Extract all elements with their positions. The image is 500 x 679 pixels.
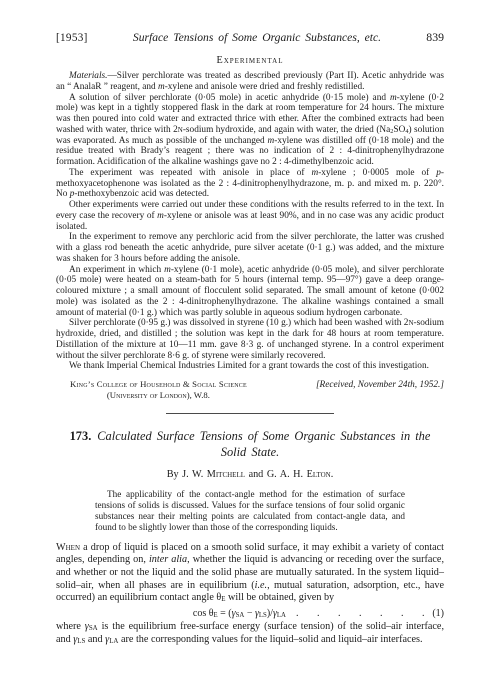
acknowledgment-paragraph: We thank Imperial Chemical Industries Li… xyxy=(56,361,444,372)
article-continuation-paragraph: where γSA is the equilibrium free-surfac… xyxy=(56,621,444,646)
experimental-paragraph-styrene: Silver perchlorate (0·95 g.) was dissolv… xyxy=(56,318,444,361)
equation-number: (1) xyxy=(432,607,444,620)
experimental-section: Experimental Materials.—Silver perchlora… xyxy=(56,55,444,372)
equation-dot-leaders: . . . . . . . . . . xyxy=(286,607,432,620)
experimental-paragraph-materials: Materials.—Silver perchlorate was treate… xyxy=(56,71,444,93)
experimental-heading: Experimental xyxy=(56,55,444,66)
article-abstract: The applicability of the contact-angle m… xyxy=(95,489,405,533)
journal-page: [1953] Surface Tensions of Some Organic … xyxy=(0,0,500,679)
article-number: 173. xyxy=(70,429,92,443)
experimental-paragraph-other: Other experiments were carried out under… xyxy=(56,200,444,232)
experimental-paragraph-perchloric: In the experiment to remove any perchlor… xyxy=(56,232,444,264)
experimental-paragraph-solution: A solution of silver perchlorate (0·05 m… xyxy=(56,93,444,168)
header-year: [1953] xyxy=(56,32,88,44)
header-running-title: Surface Tensions of Some Organic Substan… xyxy=(133,31,381,44)
article-section: 173.Calculated Surface Tensions of Some … xyxy=(56,429,444,646)
experimental-paragraph-anisole: The experiment was repeated with anisole… xyxy=(56,168,444,200)
institution-block: King’s College of Household & Social Sci… xyxy=(56,379,247,400)
experimental-paragraph-steam-bath: An experiment in which m-xylene (0·1 mol… xyxy=(56,265,444,319)
equation-formula: cos θE = (γSA − γLS)/γLA xyxy=(193,607,286,620)
article-intro-paragraph: When a drop of liquid is placed on a smo… xyxy=(56,542,444,605)
equation-line: cos θE = (γSA − γLS)/γLA . . . . . . . .… xyxy=(56,607,444,620)
section-divider xyxy=(166,413,334,414)
institution-address: (University of London), W.8. xyxy=(70,390,247,401)
article-title: 173.Calculated Surface Tensions of Some … xyxy=(59,429,441,460)
article-byline: By J. W. Mitchell and G. A. H. Elton. xyxy=(56,469,444,480)
signature-block: King’s College of Household & Social Sci… xyxy=(56,379,444,400)
running-head: [1953] Surface Tensions of Some Organic … xyxy=(56,30,444,45)
header-page-number: 839 xyxy=(426,30,444,45)
article-title-text: Calculated Surface Tensions of Some Orga… xyxy=(97,429,430,459)
institution-name: King’s College of Household & Social Sci… xyxy=(70,379,247,390)
received-date: [Received, November 24th, 1952.] xyxy=(316,379,444,390)
